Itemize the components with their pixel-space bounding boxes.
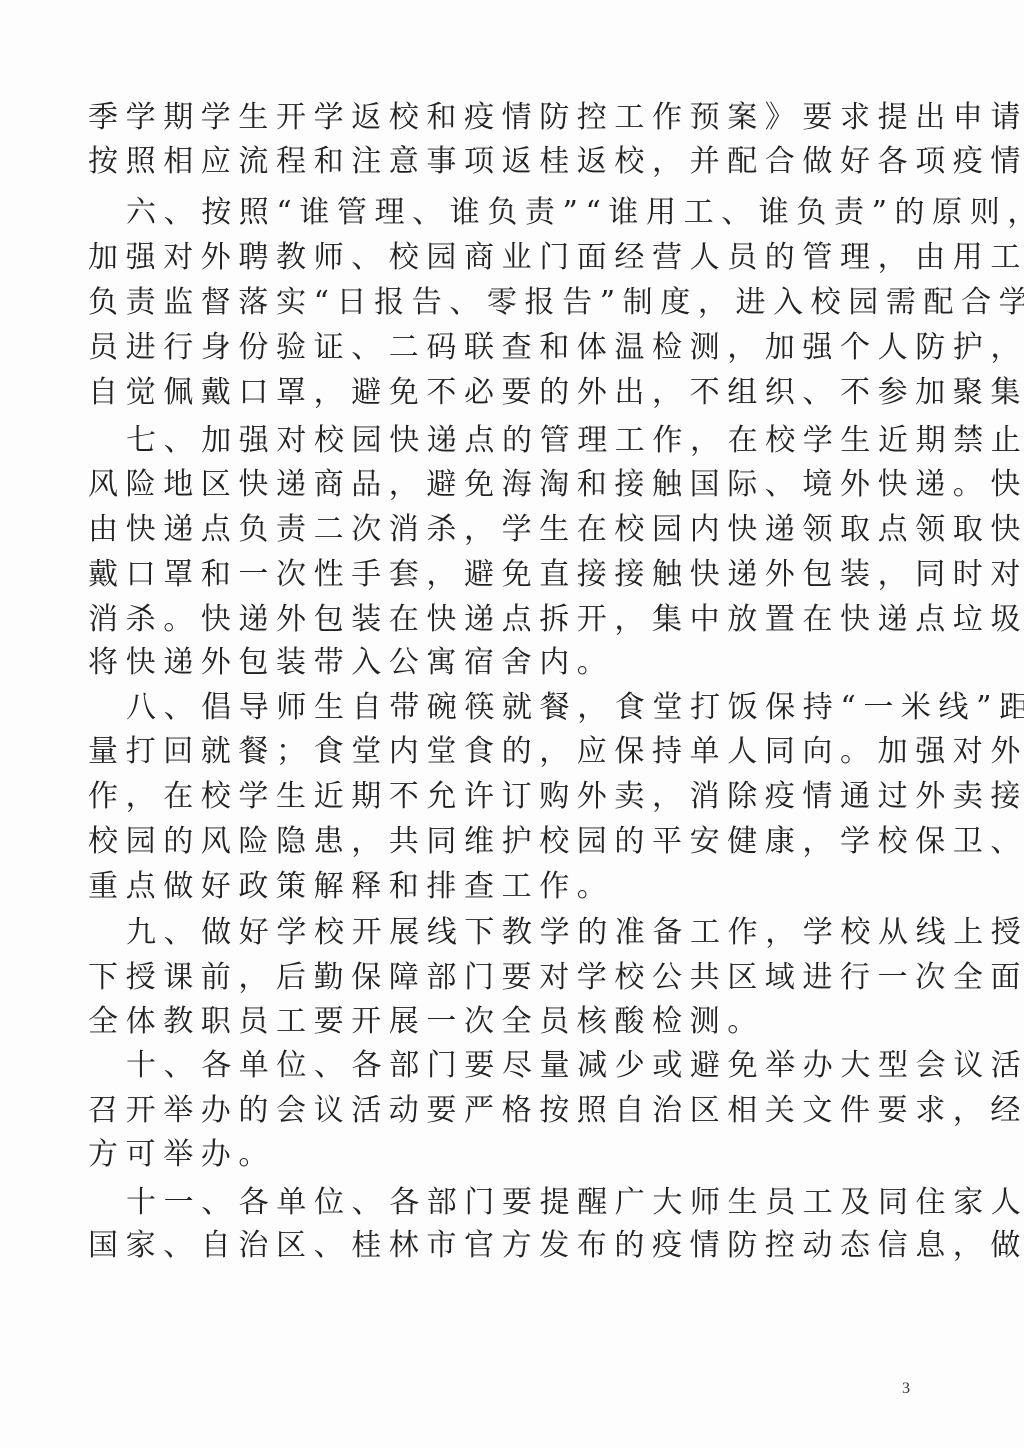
text-line: 戴口罩和一次性手套，避免直接接触快递外包装，同时对外包装进行 <box>88 555 918 595</box>
text-line: 按照相应流程和注意事项返桂返校，并配合做好各项疫情防控工作。 <box>88 142 918 182</box>
document-page: 季学期学生开学返校和疫情防控工作预案》要求提出申请，待审批后 按照相应流程和注意… <box>0 0 1024 1448</box>
paragraph-7-start: 七、加强对校园快递点的管理工作，在校学生近期禁止购买中高 <box>126 421 918 461</box>
paragraph-9-start: 九、做好学校开展线下教学的准备工作，学校从线上授课转入线 <box>126 913 918 953</box>
text-line: 将快递外包装带入公寓宿舍内。 <box>88 643 918 683</box>
text-line: 加强对外聘教师、校园商业门面经营人员的管理，由用工单位、部门 <box>88 238 918 278</box>
text-line: 重点做好政策解释和排查工作。 <box>88 867 918 907</box>
text-line: 召开举办的会议活动要严格按照自治区相关文件要求，经申报批准后 <box>88 1091 918 1131</box>
text-line: 负责监督落实“日报告、零报告”制度，进入校园需配合学校保卫人 <box>88 283 918 323</box>
text-line: 方可举办。 <box>88 1135 918 1175</box>
text-line: 自觉佩戴口罩，避免不必要的外出，不组织、不参加聚集性活动。 <box>88 373 918 413</box>
text-line: 由快递点负责二次消杀，学生在校园内快递领取点领取快递时建议佩 <box>88 510 918 550</box>
paragraph-8-start: 八、倡导师生自带碗筷就餐，食堂打饭保持“一米线”距离，尽 <box>126 688 918 728</box>
page-number: 3 <box>902 1380 910 1398</box>
text-line: 全体教职员工要开展一次全员核酸检测。 <box>88 1002 918 1042</box>
text-line: 员进行身份验证、二码联查和体温检测，加强个人防护，在公共场所 <box>88 328 918 368</box>
text-line: 季学期学生开学返校和疫情防控工作预案》要求提出申请，待审批后 <box>88 98 918 138</box>
paragraph-11-start: 十一、各单位、各部门要提醒广大师生员工及同住家人密切关注 <box>126 1183 918 1223</box>
text-line: 消杀。快递外包装在快递点拆开，集中放置在快递点垃圾桶，不允许 <box>88 600 918 640</box>
text-line: 风险地区快递商品，避免海淘和接触国际、境外快递。快递进校后， <box>88 465 918 505</box>
text-line: 量打回就餐；食堂内堂食的，应保持单人同向。加强对外卖的管控工 <box>88 732 918 772</box>
paragraph-6-start: 六、按照“谁管理、谁负责”“谁用工、谁负责”的原则，进一步 <box>126 193 918 233</box>
paragraph-10-start: 十、各单位、各部门要尽量减少或避免举办大型会议活动。确需 <box>126 1046 918 1086</box>
text-line: 国家、自治区、桂林市官方发布的疫情防控动态信息，做到不懈怠、 <box>88 1226 918 1266</box>
text-line: 作，在校学生近期不允许订购外卖，消除疫情通过外卖接触从而输入 <box>88 777 918 817</box>
text-line: 校园的风险隐患，共同维护校园的平安健康，学校保卫、学工部门要 <box>88 822 918 862</box>
text-line: 下授课前，后勤保障部门要对学校公共区域进行一次全面消杀，同时 <box>88 958 918 998</box>
